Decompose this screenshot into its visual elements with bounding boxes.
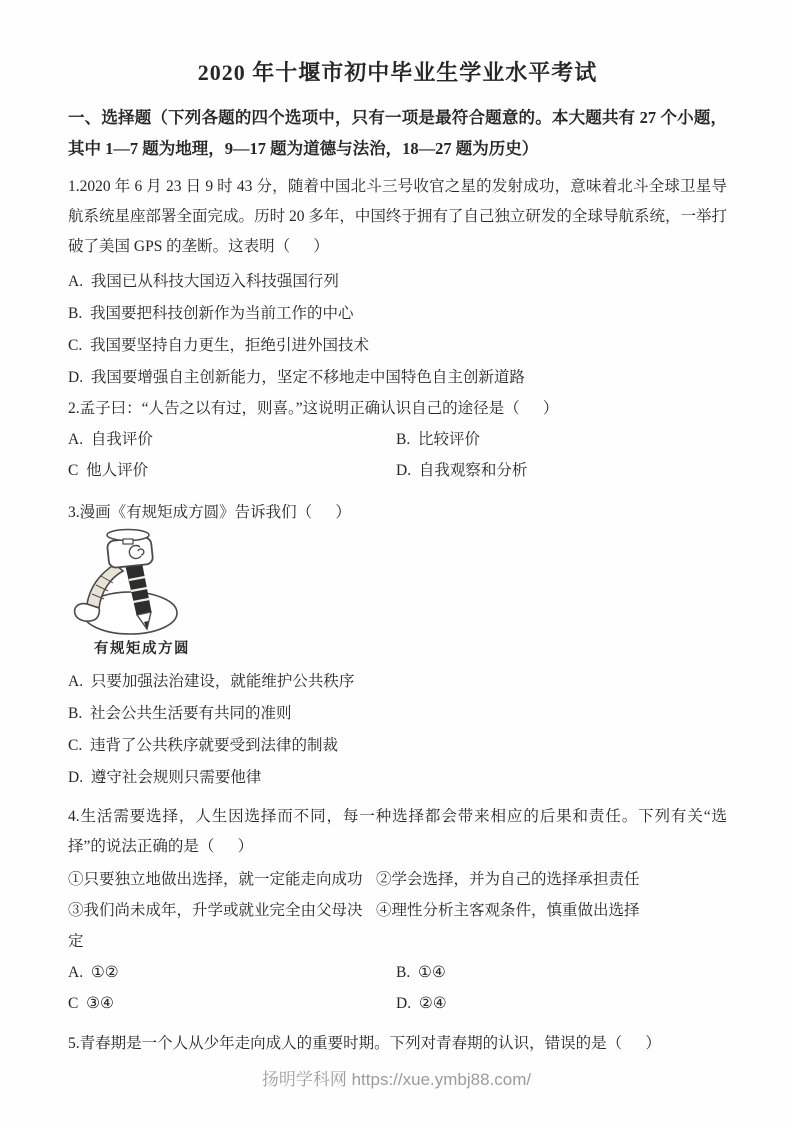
compass-cartoon-image [68,528,238,640]
question-2-option-d: D. 自我观察和分析 [396,455,727,486]
section-header: 一、选择题（下列各题的四个选项中，只有一项是最符合题意的。本大题共有 27 个小… [68,102,727,164]
question-1-option-b: B. 我国要把科技创新作为当前工作的中心 [68,298,727,330]
question-2-stem: 2.孟子曰：“人告之以有过，则喜。”这说明正确认识自己的途径是（ ） [68,394,727,424]
question-4-option-a: A. ①② [68,957,396,988]
question-3-option-b: B. 社会公共生活要有共同的准则 [68,698,727,730]
question-2-option-a: A. 自我评价 [68,424,396,455]
question-4-item-3: ③我们尚未成年，升学或就业完全由父母决定 [68,895,376,957]
question-1-stem: 1.2020 年 6 月 23 日 9 时 43 分，随着中国北斗三号收官之星的… [68,172,727,262]
question-3-option-d: D. 遵守社会规则只需要他律 [68,762,727,794]
question-1-option-a: A. 我国已从科技大国迈入科技强国行列 [68,266,727,298]
question-5-stem: 5.青春期是一个人从少年走向成人的重要时期。下列对青春期的认识，错误的是（ ） [68,1029,727,1059]
question-4-item-4: ④理性分析主客观条件，慎重做出选择 [376,895,727,957]
question-3-option-c: C. 违背了公共秩序就要受到法律的制裁 [68,730,727,762]
question-4-options: A. ①② B. ①④ C ③④ D. ②④ [68,957,727,1019]
question-2-option-b: B. 比较评价 [396,424,727,455]
cartoon-caption: 有规矩成方圆 [94,641,248,658]
question-1-option-d: D. 我国要增强自主创新能力，坚定不移地走中国特色自主创新道路 [68,362,727,394]
question-4-stem: 4.生活需要选择，人生因选择而不同，每一种选择都会带来相应的后果和责任。下列有关… [68,802,727,862]
question-3-stem: 3.漫画《有规矩成方圆》告诉我们（ ） [68,498,727,528]
page-title: 2020 年十堰市初中毕业生学业水平考试 [68,58,727,88]
question-4-option-c: C ③④ [68,988,396,1019]
question-4-option-d: D. ②④ [396,988,727,1019]
question-4-option-b: B. ①④ [396,957,727,988]
question-4-item-1: ①只要独立地做出选择，就一定能走向成功 [68,864,376,895]
question-3-options: A. 只要加强法治建设，就能维护公共秩序 B. 社会公共生活要有共同的准则 C.… [68,666,727,794]
question-3-option-a: A. 只要加强法治建设，就能维护公共秩序 [68,666,727,698]
cartoon-figure: 有规矩成方圆 [68,528,248,658]
question-4-item-2: ②学会选择，并为自己的选择承担责任 [376,864,727,895]
question-2-option-c: C 他人评价 [68,455,396,486]
question-1-option-c: C. 我国要坚持自力更生，拒绝引进外国技术 [68,330,727,362]
footer-watermark: 扬明学科网 https://xue.ymbj88.com/ [0,1065,793,1090]
exam-document-page: 2020 年十堰市初中毕业生学业水平考试 一、选择题（下列各题的四个选项中，只有… [0,0,793,1122]
question-1-options: A. 我国已从科技大国迈入科技强国行列 B. 我国要把科技创新作为当前工作的中心… [68,266,727,394]
question-4-items: ①只要独立地做出选择，就一定能走向成功 ②学会选择，并为自己的选择承担责任 ③我… [68,864,727,957]
question-2-options: A. 自我评价 B. 比较评价 C 他人评价 D. 自我观察和分析 [68,424,727,486]
